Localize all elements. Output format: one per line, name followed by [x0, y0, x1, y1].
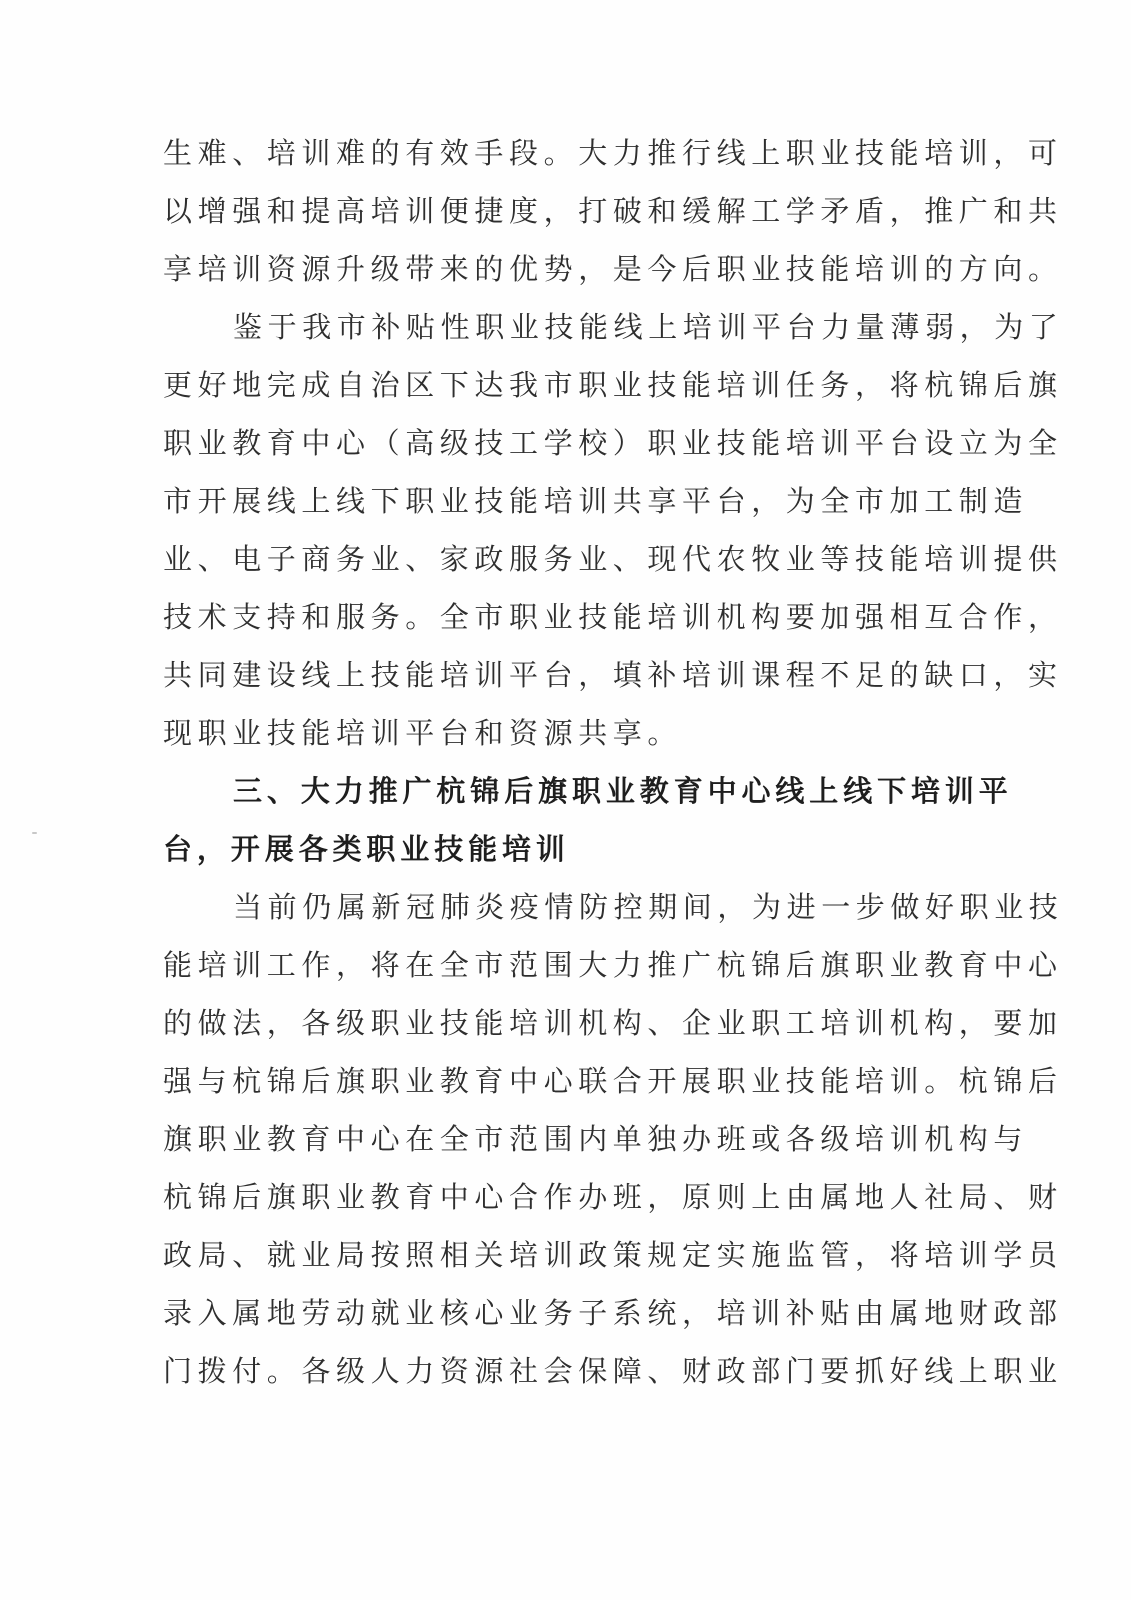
heading-line: 台，开展各类职业技能培训 [163, 824, 938, 882]
document-page: 生难、培训难的有效手段。大力推行线上职业技能培训，可 以增强和提高培训便捷度，打… [0, 0, 1131, 1600]
text-line: 杭锦后旗职业教育中心合作办班，原则上由属地人社局、财 [163, 1172, 938, 1230]
text-line: 能培训工作，将在全市范围大力推广杭锦后旗职业教育中心 [163, 940, 938, 998]
text-line: 共同建设线上技能培训平台，填补培训课程不足的缺口，实 [163, 650, 938, 708]
paragraph-platform: 鉴于我市补贴性职业技能线上培训平台力量薄弱，为了 更好地完成自治区下达我市职业技… [163, 302, 938, 766]
text-line: 鉴于我市补贴性职业技能线上培训平台力量薄弱，为了 [163, 302, 938, 360]
paragraph-continuation: 生难、培训难的有效手段。大力推行线上职业技能培训，可 以增强和提高培训便捷度，打… [163, 128, 938, 302]
text-line: 当前仍属新冠肺炎疫情防控期间，为进一步做好职业技 [163, 882, 938, 940]
text-line: 旗职业教育中心在全市范围内单独办班或各级培训机构与 [163, 1114, 938, 1172]
text-line: 强与杭锦后旗职业教育中心联合开展职业技能培训。杭锦后 [163, 1056, 938, 1114]
scan-artifact [32, 832, 37, 834]
text-line: 以增强和提高培训便捷度，打破和缓解工学矛盾，推广和共 [163, 186, 938, 244]
section-heading: 三、大力推广杭锦后旗职业教育中心线上线下培训平 台，开展各类职业技能培训 [163, 766, 938, 882]
text-line: 门拨付。各级人力资源社会保障、财政部门要抓好线上职业 [163, 1346, 938, 1404]
text-line: 享培训资源升级带来的优势，是今后职业技能培训的方向。 [163, 244, 938, 302]
text-line: 生难、培训难的有效手段。大力推行线上职业技能培训，可 [163, 128, 938, 186]
text-line: 的做法，各级职业技能培训机构、企业职工培训机构，要加 [163, 998, 938, 1056]
text-line: 更好地完成自治区下达我市职业技能培训任务，将杭锦后旗 [163, 360, 938, 418]
text-line: 录入属地劳动就业核心业务子系统，培训补贴由属地财政部 [163, 1288, 938, 1346]
text-line: 技术支持和服务。全市职业技能培训机构要加强相互合作， [163, 592, 938, 650]
text-line: 业、电子商务业、家政服务业、现代农牧业等技能培训提供 [163, 534, 938, 592]
text-line: 政局、就业局按照相关培训政策规定实施监管，将培训学员 [163, 1230, 938, 1288]
document-body: 生难、培训难的有效手段。大力推行线上职业技能培训，可 以增强和提高培训便捷度，打… [163, 128, 938, 1404]
text-line: 现职业技能培训平台和资源共享。 [163, 708, 938, 766]
heading-line: 三、大力推广杭锦后旗职业教育中心线上线下培训平 [163, 766, 938, 824]
text-line: 职业教育中心（高级技工学校）职业技能培训平台设立为全 [163, 418, 938, 476]
text-line: 市开展线上线下职业技能培训共享平台，为全市加工制造 [163, 476, 938, 534]
paragraph-promotion: 当前仍属新冠肺炎疫情防控期间，为进一步做好职业技 能培训工作，将在全市范围大力推… [163, 882, 938, 1404]
